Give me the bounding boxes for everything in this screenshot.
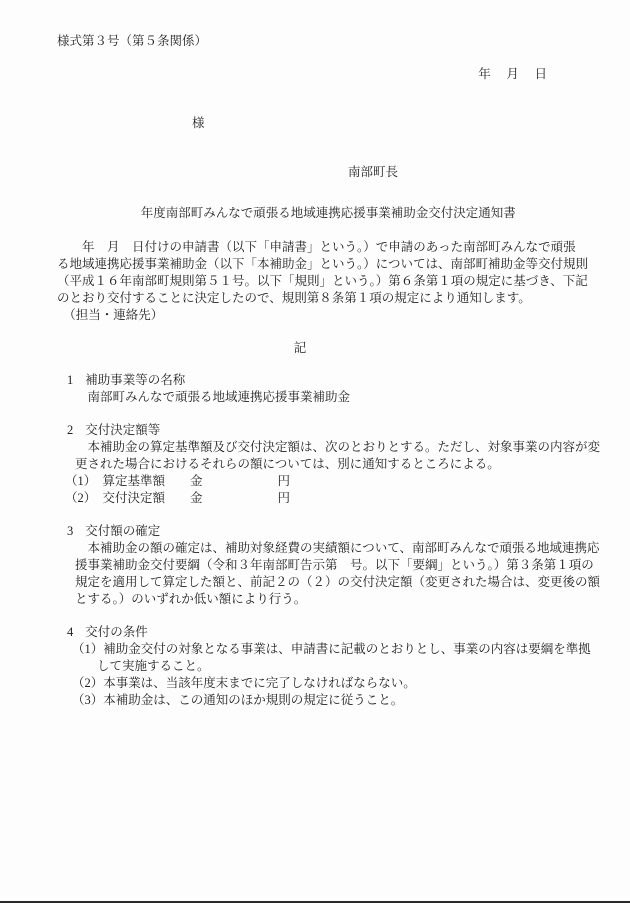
text-line: （担当・連絡先） bbox=[57, 307, 630, 324]
form-number: 様式第３号（第５条関係） bbox=[57, 33, 630, 50]
text-line: （1） 算定基準額 金 円 bbox=[65, 473, 630, 490]
section-number: 1 bbox=[67, 373, 73, 387]
text-line: （2）本事業は、当該年度末までに完了しなければならない。 bbox=[72, 675, 630, 692]
intro-paragraph: 年 月 日付けの申請書（以下「申請書」という。）で申請のあった南部町みんなで頑張… bbox=[57, 239, 630, 324]
text-line: 年 月 日付けの申請書（以下「申請書」という。）で申請のあった南部町みんなで頑張 bbox=[57, 239, 630, 256]
text-line: 援事業補助金交付要綱（令和３年南部町告示第 号。以下「要綱」という。）第３条第１… bbox=[75, 557, 630, 574]
record-marker: 記 bbox=[0, 340, 600, 357]
section-body: 南部町みんなで頑張る地域連携応援事業補助金 bbox=[75, 389, 630, 406]
text-line: 南部町みんなで頑張る地域連携応援事業補助金 bbox=[75, 389, 630, 406]
sender-title: 南部町長 bbox=[348, 164, 630, 181]
section-heading-text: 交付の条件 bbox=[85, 625, 148, 639]
document-page: 様式第３号（第５条関係） 年 月 日 様 南部町長 年度南部町みんなで頑張る地域… bbox=[0, 0, 630, 903]
text-line: とする。）のいずれか低い額により行う。 bbox=[75, 591, 630, 608]
text-line: 更された場合におけるそれらの額については、別に通知するところによる。 bbox=[75, 456, 630, 473]
text-line: のとおり交付することに決定したので、規則第８条第１項の規定により通知します。 bbox=[57, 290, 630, 307]
text-line: （平成１６年南部町規則第５１号。以下「規則」という。）第６条第１項の規定に基づき… bbox=[57, 273, 630, 290]
text-line: して実施すること。 bbox=[72, 658, 630, 675]
date-fields: 年 月 日 bbox=[0, 66, 630, 83]
section-grant-amount: 2交付決定額等 本補助金の算定基準額及び交付決定額は、次のとおりとする。ただし、… bbox=[0, 422, 630, 507]
text-line: 規定を適用して算定した額と、前記２の（２）の交付決定額（変更された場合は、変更後… bbox=[75, 574, 630, 591]
text-line: （1）補助金交付の対象となる事業は、申請書に記載のとおりとし、事業の内容は要綱を… bbox=[72, 641, 630, 658]
text-line: （2） 交付決定額 金 円 bbox=[65, 490, 630, 507]
section-number: 3 bbox=[67, 524, 73, 538]
section-heading: 2交付決定額等 bbox=[67, 422, 630, 439]
section-heading: 3交付額の確定 bbox=[67, 523, 630, 540]
section-body: 本補助金の算定基準額及び交付決定額は、次のとおりとする。ただし、対象事業の内容が… bbox=[75, 439, 630, 473]
section-heading-text: 補助事業等の名称 bbox=[85, 373, 185, 387]
section-items: （1）補助金交付の対象となる事業は、申請書に記載のとおりとし、事業の内容は要綱を… bbox=[72, 641, 630, 709]
section-grant-conditions: 4交付の条件 （1）補助金交付の対象となる事業は、申請書に記載のとおりとし、事業… bbox=[0, 624, 630, 709]
section-number: 2 bbox=[67, 423, 73, 437]
section-items: （1） 算定基準額 金 円（2） 交付決定額 金 円 bbox=[65, 473, 630, 507]
addressee-suffix: 様 bbox=[192, 115, 630, 132]
text-line: （3）本補助金は、この通知のほか規則の規定に従うこと。 bbox=[72, 692, 630, 709]
document-title: 年度南部町みんなで頑張る地域連携応援事業補助金交付決定通知書 bbox=[0, 205, 630, 222]
section-project-name: 1補助事業等の名称 南部町みんなで頑張る地域連携応援事業補助金 bbox=[0, 372, 630, 406]
section-body: 本補助金の額の確定は、補助対象経費の実績額について、南部町みんなで頑張る地域連携… bbox=[75, 540, 630, 608]
text-line: る地域連携応援事業補助金（以下「本補助金」という。）については、南部町補助金等交… bbox=[57, 256, 630, 273]
text-line: 本補助金の額の確定は、補助対象経費の実績額について、南部町みんなで頑張る地域連携… bbox=[75, 540, 630, 557]
section-number: 4 bbox=[67, 625, 73, 639]
section-heading: 1補助事業等の名称 bbox=[67, 372, 630, 389]
section-heading: 4交付の条件 bbox=[67, 624, 630, 641]
section-amount-determination: 3交付額の確定 本補助金の額の確定は、補助対象経費の実績額について、南部町みんな… bbox=[0, 523, 630, 608]
text-line: 本補助金の算定基準額及び交付決定額は、次のとおりとする。ただし、対象事業の内容が… bbox=[75, 439, 630, 456]
section-heading-text: 交付額の確定 bbox=[85, 524, 160, 538]
section-heading-text: 交付決定額等 bbox=[85, 423, 160, 437]
